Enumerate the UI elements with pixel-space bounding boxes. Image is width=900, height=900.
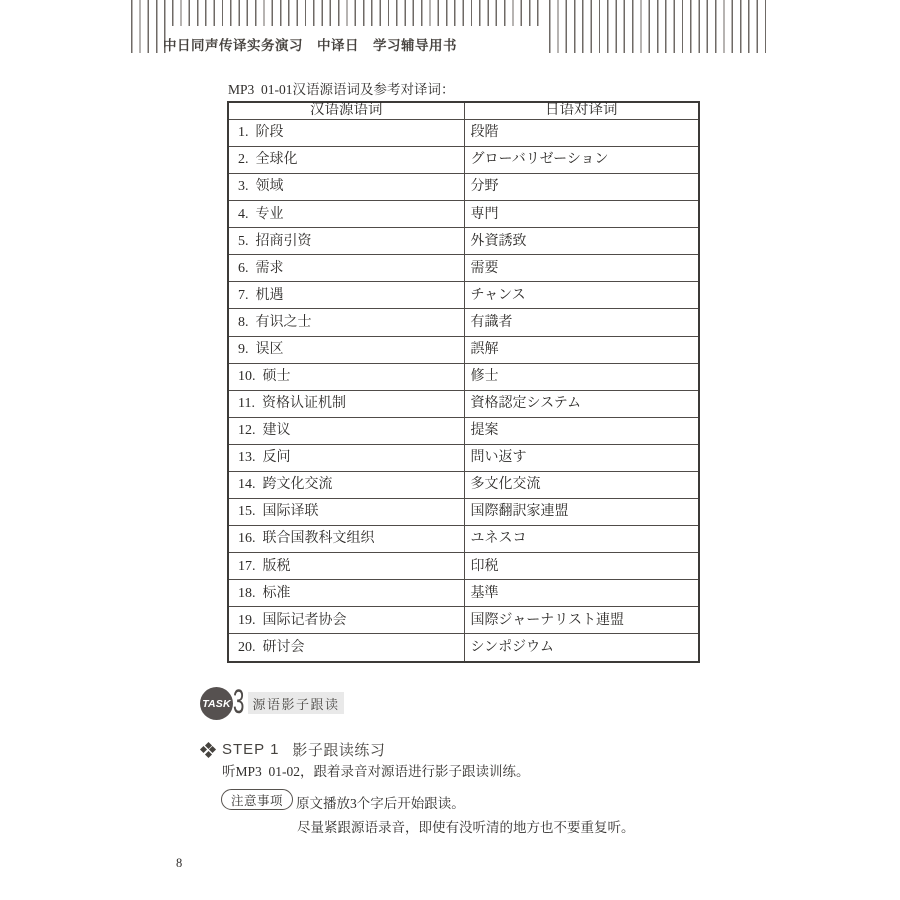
- cell-japanese-translation: 需要: [464, 255, 699, 282]
- table-row: 4. 专业専門: [228, 201, 699, 228]
- cell-chinese-source: 10. 硕士: [228, 363, 464, 390]
- table-row: 1. 阶段段階: [228, 119, 699, 146]
- table-row: 7. 机遇チャンス: [228, 282, 699, 309]
- note-badge: 注意事项: [221, 789, 293, 810]
- cell-japanese-translation: 印税: [464, 553, 699, 580]
- cell-japanese-translation: シンポジウム: [464, 634, 699, 662]
- cell-chinese-source: 4. 专业: [228, 201, 464, 228]
- table-row: 15. 国际译联国際翻訳家連盟: [228, 499, 699, 526]
- cell-chinese-source: 12. 建议: [228, 417, 464, 444]
- table-row: 18. 标准基準: [228, 580, 699, 607]
- cell-chinese-source: 2. 全球化: [228, 147, 464, 174]
- table-row: 12. 建议提案: [228, 417, 699, 444]
- cell-chinese-source: 15. 国际译联: [228, 499, 464, 526]
- cell-chinese-source: 6. 需求: [228, 255, 464, 282]
- book-title: 中日同声传译实务演习 中译日 学习辅导用书: [163, 34, 457, 54]
- note-line2: 尽量紧跟源语录音，即使有没听清的地方也不要重复听。: [297, 816, 635, 836]
- cell-japanese-translation: 多文化交流: [464, 471, 699, 498]
- table-row: 20. 研讨会シンポジウム: [228, 634, 699, 662]
- cell-japanese-translation: 段階: [464, 119, 699, 146]
- table-row: 10. 硕士修士: [228, 363, 699, 390]
- cell-chinese-source: 9. 误区: [228, 336, 464, 363]
- cell-chinese-source: 11. 资格认证机制: [228, 390, 464, 417]
- cell-japanese-translation: 修士: [464, 363, 699, 390]
- vocab-table-body: 1. 阶段段階2. 全球化グローバリゼーション3. 领域分野4. 专业専門5. …: [228, 119, 699, 662]
- step-heading: STEP 1 影子跟读练习: [201, 739, 385, 760]
- table-row: 6. 需求需要: [228, 255, 699, 282]
- note-line1: 原文播放3个字后开始跟读。: [296, 792, 465, 812]
- header-hatch-middle-icon: [172, 0, 540, 26]
- cell-chinese-source: 16. 联合国教科文组织: [228, 526, 464, 553]
- note-row: 注意事项 原文播放3个字后开始跟读。: [0, 789, 900, 813]
- cell-japanese-translation: 資格認定システム: [464, 390, 699, 417]
- cell-chinese-source: 3. 领域: [228, 174, 464, 201]
- step-label: STEP 1: [222, 741, 279, 758]
- vocab-table: 汉语源语词 日语对译词 1. 阶段段階2. 全球化グローバリゼーション3. 领域…: [227, 101, 700, 663]
- cell-chinese-source: 19. 国际记者协会: [228, 607, 464, 634]
- column-header-chinese-source: 汉语源语词: [228, 102, 464, 119]
- book-page: 中日同声传译实务演习 中译日 学习辅导用书 MP3 01-01汉语源语词及参考对…: [0, 0, 900, 900]
- cell-chinese-source: 8. 有识之士: [228, 309, 464, 336]
- page-number: 8: [176, 856, 182, 871]
- table-caption: MP3 01-01汉语源语词及参考对译词：: [228, 78, 455, 98]
- header-hatch-right-icon: [549, 0, 771, 53]
- cell-japanese-translation: 問い返す: [464, 444, 699, 471]
- task-badge-label: TASK: [202, 698, 231, 710]
- cell-japanese-translation: 誤解: [464, 336, 699, 363]
- table-row: 2. 全球化グローバリゼーション: [228, 147, 699, 174]
- intro-text: 听MP3 01-02，跟着录音对源语进行影子跟读训练。: [222, 760, 530, 780]
- table-row: 3. 领域分野: [228, 174, 699, 201]
- cell-chinese-source: 1. 阶段: [228, 119, 464, 146]
- table-row: 19. 国际记者协会国際ジャーナリスト連盟: [228, 607, 699, 634]
- cell-chinese-source: 7. 机遇: [228, 282, 464, 309]
- table-row: 8. 有识之士有識者: [228, 309, 699, 336]
- table-row: 17. 版税印税: [228, 553, 699, 580]
- table-row: 5. 招商引资外資誘致: [228, 228, 699, 255]
- four-diamonds-icon: [201, 743, 215, 757]
- cell-japanese-translation: 有識者: [464, 309, 699, 336]
- table-row: 11. 资格认证机制資格認定システム: [228, 390, 699, 417]
- cell-japanese-translation: 国際翻訳家連盟: [464, 499, 699, 526]
- table-row: 9. 误区誤解: [228, 336, 699, 363]
- cell-japanese-translation: 専門: [464, 201, 699, 228]
- cell-japanese-translation: 提案: [464, 417, 699, 444]
- cell-chinese-source: 14. 跨文化交流: [228, 471, 464, 498]
- table-row: 14. 跨文化交流多文化交流: [228, 471, 699, 498]
- cell-chinese-source: 17. 版税: [228, 553, 464, 580]
- task-title: 源语影子跟读: [248, 692, 344, 714]
- cell-japanese-translation: 外資誘致: [464, 228, 699, 255]
- task-badge: TASK: [200, 687, 233, 720]
- table-row: 13. 反问問い返す: [228, 444, 699, 471]
- cell-chinese-source: 20. 研讨会: [228, 634, 464, 662]
- cell-chinese-source: 5. 招商引资: [228, 228, 464, 255]
- cell-japanese-translation: グローバリゼーション: [464, 147, 699, 174]
- task-heading: TASK 3 源语影子跟读: [200, 687, 380, 721]
- cell-chinese-source: 18. 标准: [228, 580, 464, 607]
- task-number: 3: [233, 683, 244, 721]
- cell-japanese-translation: 国際ジャーナリスト連盟: [464, 607, 699, 634]
- cell-japanese-translation: ユネスコ: [464, 526, 699, 553]
- cell-japanese-translation: 分野: [464, 174, 699, 201]
- table-row: 16. 联合国教科文组织ユネスコ: [228, 526, 699, 553]
- column-header-japanese-translation: 日语对译词: [464, 102, 699, 119]
- cell-japanese-translation: 基準: [464, 580, 699, 607]
- step-title: 影子跟读练习: [292, 739, 385, 760]
- table-header-row: 汉语源语词 日语对译词: [228, 102, 699, 119]
- cell-chinese-source: 13. 反问: [228, 444, 464, 471]
- cell-japanese-translation: チャンス: [464, 282, 699, 309]
